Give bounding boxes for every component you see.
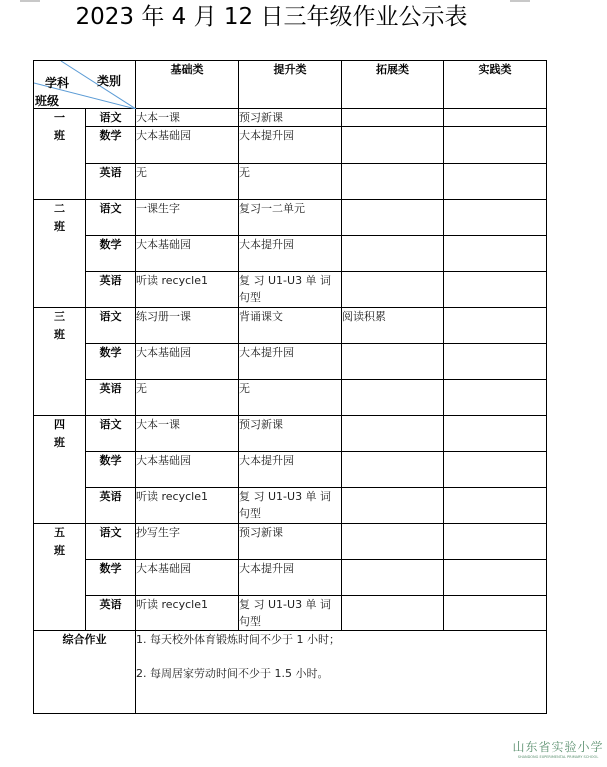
subject-cell: 英语 [86, 272, 136, 308]
subject-cell: 语文 [86, 109, 136, 127]
extended-cell [342, 524, 444, 560]
subject-cell: 语文 [86, 416, 136, 452]
advanced-cell: 复 习 U1-U3 单 词 句型 [239, 272, 342, 308]
practice-cell [444, 524, 547, 560]
subject-cell: 语文 [86, 524, 136, 560]
table-row: 数学 大本基础园 大本提升园 [34, 236, 547, 272]
table-row: 数学 大本基础园 大本提升园 [34, 560, 547, 596]
subject-cell: 数学 [86, 127, 136, 164]
table-row: 数学 大本基础园 大本提升园 [34, 344, 547, 380]
basic-cell: 大本基础园 [136, 127, 239, 164]
basic-cell: 大本基础园 [136, 452, 239, 488]
table-row: 五班 语文 抄写生字 预习新课 [34, 524, 547, 560]
advanced-cell: 预习新课 [239, 416, 342, 452]
basic-cell: 听读 recycle1 [136, 596, 239, 631]
advanced-cell: 无 [239, 380, 342, 416]
column-header-advanced: 提升类 [239, 61, 342, 109]
corner-label-subject: 学科 [45, 74, 69, 91]
advanced-cell: 预习新课 [239, 524, 342, 560]
table-row: 英语 听读 recycle1 复 习 U1-U3 单 词 句型 [34, 272, 547, 308]
practice-cell [444, 236, 547, 272]
basic-cell: 练习册一课 [136, 308, 239, 344]
practice-cell [444, 380, 547, 416]
table-row: 数学 大本基础园 大本提升园 [34, 127, 547, 164]
table-row: 英语 听读 recycle1 复 习 U1-U3 单 词 句型 [34, 596, 547, 631]
page-title-text: 2023 年 4 月 12 日三年级作业公示表 [76, 2, 468, 32]
subject-cell: 数学 [86, 236, 136, 272]
comprehensive-row: 综合作业 1. 每天校外体育锻炼时间不少于 1 小时； 2. 每周居家劳动时间不… [34, 631, 547, 714]
class-label-5: 五班 [34, 524, 86, 631]
practice-cell [444, 488, 547, 524]
table-row: 英语 听读 recycle1 复 习 U1-U3 单 词 句型 [34, 488, 547, 524]
homework-table: 类别 学科 班级 基础类 提升类 拓展类 实践类 一班 语文 大本一课 预习新课… [33, 60, 547, 714]
comprehensive-item: 1. 每天校外体育锻炼时间不少于 1 小时； [136, 631, 546, 648]
school-logo: 山东省实验小学 SHANDONG EXPERIMENTAL PRIMARY SC… [512, 740, 604, 760]
extended-cell [342, 272, 444, 308]
extended-cell [342, 560, 444, 596]
table-row: 二班 语文 一课生字 复习一二单元 [34, 200, 547, 236]
advanced-cell: 复 习 U1-U3 单 词 句型 [239, 488, 342, 524]
extended-cell [342, 488, 444, 524]
advanced-cell: 复 习 U1-U3 单 词 句型 [239, 596, 342, 631]
advanced-cell: 大本提升园 [239, 344, 342, 380]
class-label-1: 一班 [34, 109, 86, 200]
extended-cell [342, 596, 444, 631]
practice-cell [444, 272, 547, 308]
extended-cell [342, 452, 444, 488]
table-row: 三班 语文 练习册一课 背诵课文 阅读积累 [34, 308, 547, 344]
basic-cell: 一课生字 [136, 200, 239, 236]
table-row: 英语 无 无 [34, 164, 547, 200]
practice-cell [444, 596, 547, 631]
subject-cell: 数学 [86, 344, 136, 380]
practice-cell [444, 344, 547, 380]
advanced-cell: 大本提升园 [239, 560, 342, 596]
practice-cell [444, 127, 547, 164]
practice-cell [444, 164, 547, 200]
header-row: 类别 学科 班级 基础类 提升类 拓展类 实践类 [34, 61, 547, 109]
subject-cell: 语文 [86, 308, 136, 344]
practice-cell [444, 200, 547, 236]
column-header-extended: 拓展类 [342, 61, 444, 109]
comprehensive-label: 综合作业 [34, 631, 136, 714]
subject-cell: 英语 [86, 164, 136, 200]
extended-cell [342, 109, 444, 127]
basic-cell: 大本基础园 [136, 236, 239, 272]
comprehensive-content: 1. 每天校外体育锻炼时间不少于 1 小时； 2. 每周居家劳动时间不少于 1.… [136, 631, 547, 714]
practice-cell [444, 109, 547, 127]
extended-cell [342, 344, 444, 380]
basic-cell: 听读 recycle1 [136, 272, 239, 308]
advanced-cell: 预习新课 [239, 109, 342, 127]
table-row: 数学 大本基础园 大本提升园 [34, 452, 547, 488]
class-label-4: 四班 [34, 416, 86, 524]
class-label-3: 三班 [34, 308, 86, 416]
basic-cell: 无 [136, 164, 239, 200]
advanced-cell: 大本提升园 [239, 127, 342, 164]
extended-cell [342, 380, 444, 416]
subject-cell: 英语 [86, 380, 136, 416]
basic-cell: 大本一课 [136, 416, 239, 452]
subject-cell: 数学 [86, 560, 136, 596]
practice-cell [444, 416, 547, 452]
class-label-2: 二班 [34, 200, 86, 308]
school-logo-cn: 山东省实验小学 [512, 740, 604, 754]
subject-cell: 英语 [86, 596, 136, 631]
basic-cell: 大本一课 [136, 109, 239, 127]
corner-label-class: 班级 [35, 92, 59, 109]
advanced-cell: 大本提升园 [239, 236, 342, 272]
corner-header-cell: 类别 学科 班级 [34, 61, 136, 109]
corner-label-category: 类别 [97, 72, 121, 89]
practice-cell [444, 308, 547, 344]
extended-cell [342, 200, 444, 236]
subject-cell: 英语 [86, 488, 136, 524]
extended-cell [342, 416, 444, 452]
column-header-basic: 基础类 [136, 61, 239, 109]
page-title: 2023 年 4 月 12 日三年级作业公示表 [0, 2, 607, 32]
advanced-cell: 无 [239, 164, 342, 200]
column-header-practice: 实践类 [444, 61, 547, 109]
subject-cell: 数学 [86, 452, 136, 488]
table-row: 一班 语文 大本一课 预习新课 [34, 109, 547, 127]
extended-cell [342, 236, 444, 272]
extended-cell: 阅读积累 [342, 308, 444, 344]
basic-cell: 无 [136, 380, 239, 416]
advanced-cell: 大本提升园 [239, 452, 342, 488]
basic-cell: 抄写生字 [136, 524, 239, 560]
practice-cell [444, 560, 547, 596]
extended-cell [342, 127, 444, 164]
basic-cell: 大本基础园 [136, 560, 239, 596]
comprehensive-item: 2. 每周居家劳动时间不少于 1.5 小时。 [136, 665, 546, 682]
practice-cell [444, 452, 547, 488]
basic-cell: 听读 recycle1 [136, 488, 239, 524]
basic-cell: 大本基础园 [136, 344, 239, 380]
extended-cell [342, 164, 444, 200]
school-logo-en: SHANDONG EXPERIMENTAL PRIMARY SCHOOL [512, 754, 604, 760]
table-row: 英语 无 无 [34, 380, 547, 416]
subject-cell: 语文 [86, 200, 136, 236]
advanced-cell: 复习一二单元 [239, 200, 342, 236]
table-row: 四班 语文 大本一课 预习新课 [34, 416, 547, 452]
advanced-cell: 背诵课文 [239, 308, 342, 344]
